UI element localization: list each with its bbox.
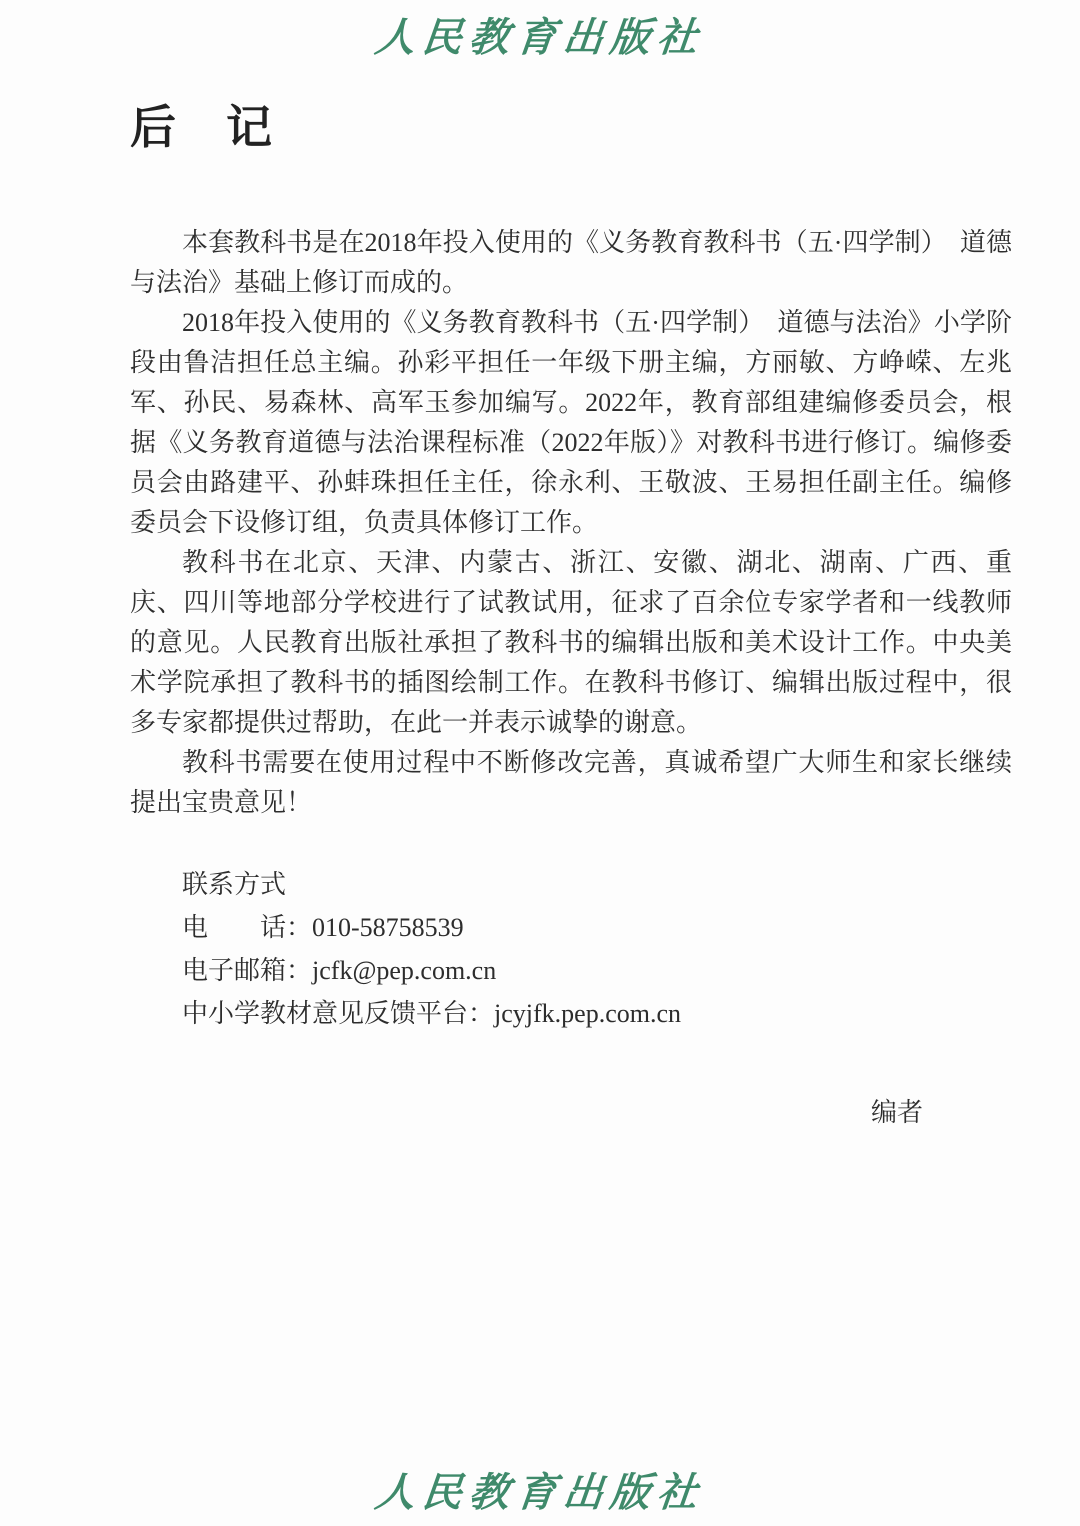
contact-platform-label: 中小学教材意见反馈平台： — [182, 999, 494, 1028]
paragraph-3: 教科书在北京、天津、内蒙古、浙江、安徽、湖北、湖南、广西、重庆、四川等地部分学校… — [130, 543, 1012, 743]
paragraph-1: 本套教科书是在2018年投入使用的《义务教育教科书（五·四学制） 道德与法治》基… — [130, 223, 1012, 303]
publisher-logo-bottom: 人民教育出版社 — [0, 1461, 1080, 1518]
contact-platform-line: 中小学教材意见反馈平台：jcyjfk.pep.com.cn — [130, 992, 1012, 1035]
contact-platform-value: jcyjfk.pep.com.cn — [494, 999, 681, 1028]
afterword-body: 本套教科书是在2018年投入使用的《义务教育教科书（五·四学制） 道德与法治》基… — [130, 223, 1012, 823]
contact-phone-line: 电 话：010-58758539 — [130, 906, 1012, 949]
contact-phone-value: 010-58758539 — [312, 913, 464, 942]
contact-section: 联系方式 电 话：010-58758539 电子邮箱：jcfk@pep.com.… — [130, 863, 1012, 1035]
paragraph-4: 教科书需要在使用过程中不断修改完善，真诚希望广大师生和家长继续提出宝贵意见！ — [130, 743, 1012, 823]
afterword-content: 后 记 本套教科书是在2018年投入使用的《义务教育教科书（五·四学制） 道德与… — [130, 0, 1012, 1133]
contact-phone-label: 电 话： — [182, 913, 312, 942]
paragraph-2: 2018年投入使用的《义务教育教科书（五·四学制） 道德与法治》小学阶段由鲁洁担… — [130, 303, 1012, 543]
contact-email-label: 电子邮箱： — [182, 956, 312, 985]
contact-email-line: 电子邮箱：jcfk@pep.com.cn — [130, 949, 1012, 992]
signature-editor: 编者 — [130, 1093, 1012, 1133]
book-page: 人民教育出版社 后 记 本套教科书是在2018年投入使用的《义务教育教科书（五·… — [0, 0, 1080, 1526]
contact-email-value: jcfk@pep.com.cn — [312, 956, 496, 985]
page-title: 后 记 — [130, 100, 1012, 155]
contact-heading: 联系方式 — [130, 863, 1012, 906]
